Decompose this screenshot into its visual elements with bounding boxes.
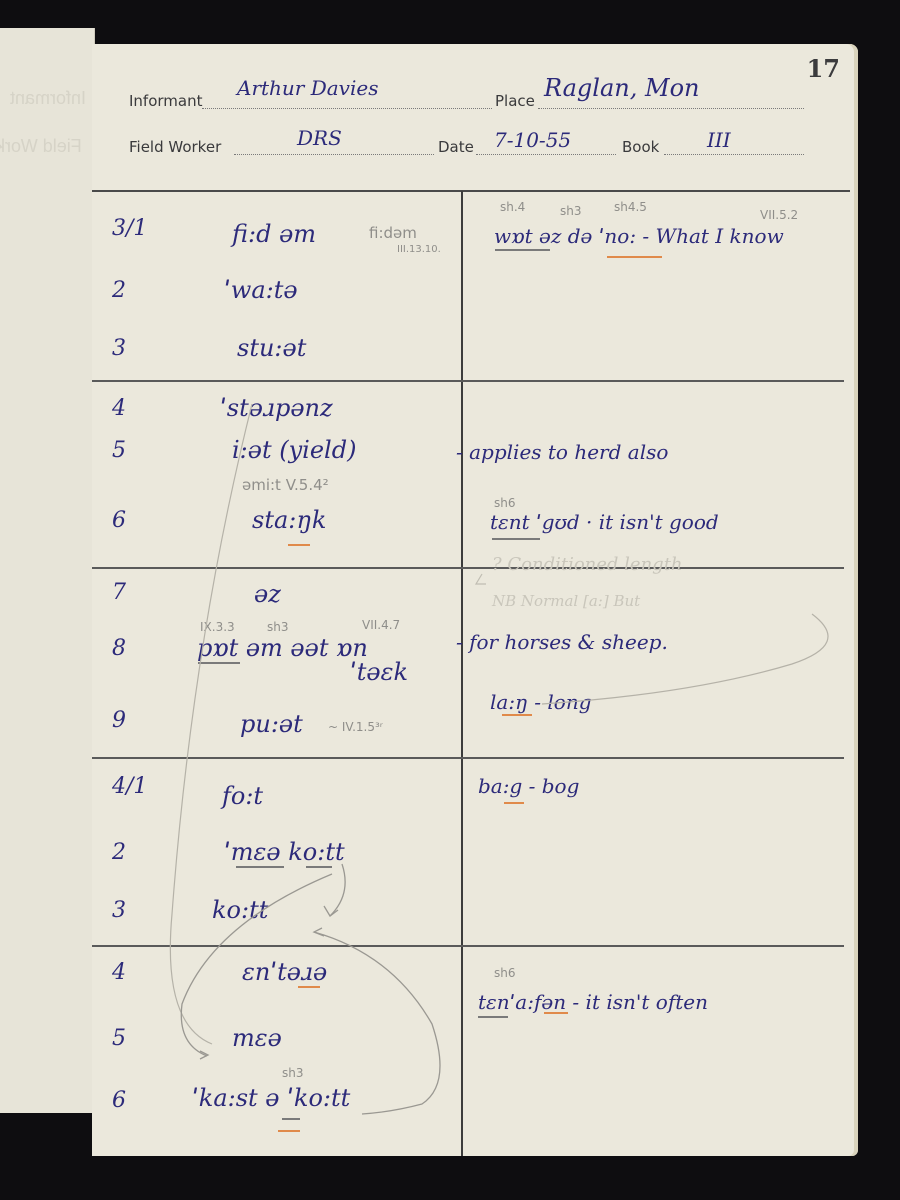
- transcription: fi:d əm: [232, 220, 316, 248]
- section-rule-2: [92, 567, 844, 569]
- date-label: Date: [438, 138, 474, 156]
- underline: [236, 866, 284, 868]
- pencil-ref: sh3: [267, 620, 289, 634]
- pencil-ref: III.13.10.: [397, 244, 441, 255]
- orange-underline: [544, 1012, 568, 1014]
- notes-line-2: la:ŋ - long: [490, 690, 592, 714]
- pencil-ref: ~ IV.1.5³ʳ: [328, 720, 383, 734]
- place-dotted-line: [538, 108, 804, 109]
- row-number: 3: [112, 336, 152, 361]
- book-dotted-line: [664, 154, 804, 155]
- pencil-ref: sh6: [494, 966, 516, 980]
- row-number: 4: [112, 960, 152, 985]
- column-divider: [461, 191, 463, 1156]
- informant-dotted-line: [202, 108, 492, 109]
- pencil-ref: IX.3.3: [200, 620, 235, 634]
- field-worker-dotted-line: [234, 154, 434, 155]
- date-dotted-line: [476, 154, 616, 155]
- transcription: ˈwa:tə: [224, 276, 298, 304]
- pencil-ref: sh.4: [500, 200, 525, 214]
- row-number: 5: [112, 438, 152, 463]
- notes-line-2: tɛnt ˈgʊd · it isn't good: [490, 510, 719, 534]
- pencil-ref: VII.5.2: [760, 208, 798, 222]
- pencil-faint-note: ? Conditioned length: [492, 554, 683, 575]
- ghost-text-field-worker: Field Worker: [0, 136, 82, 157]
- orange-underline: [298, 986, 320, 988]
- underline: [282, 1118, 300, 1120]
- row-number: 4: [112, 396, 152, 421]
- transcription: ˈmɛə ko:tt: [224, 838, 345, 866]
- place-label: Place: [495, 92, 535, 110]
- field-worker-label: Field Worker: [129, 138, 221, 156]
- transcription: əz: [254, 580, 281, 608]
- pencil-ref: sh6: [494, 496, 516, 510]
- section-rule-1: [92, 380, 844, 382]
- row-number: 4/1: [112, 774, 152, 799]
- transcription: sta:ŋk: [252, 506, 326, 534]
- date-value: 7-10-55: [494, 128, 571, 152]
- orange-underline: [502, 714, 532, 716]
- row-number: 8: [112, 636, 152, 661]
- orange-underline: [504, 802, 524, 804]
- header-rule: [92, 190, 850, 192]
- notebook-page: 17 Informant Arthur Davies Place Raglan,…: [92, 44, 858, 1156]
- left-page-edge: Informant Field Worker: [0, 28, 95, 1113]
- place-value: Raglan, Mon: [544, 74, 699, 102]
- notes-text: wɒt əz də ˈno: - What I know: [494, 224, 784, 248]
- pencil-arrows: [92, 44, 858, 1156]
- orange-underline: [288, 544, 310, 546]
- underline: [198, 662, 240, 664]
- notes-line-1: ba:g - bog: [478, 774, 579, 798]
- orange-underline: [607, 256, 662, 258]
- page-number: 17: [807, 54, 840, 83]
- section-rule-4: [92, 945, 844, 947]
- transcription: i:ət (yield): [232, 436, 356, 464]
- transcription: mɛə: [232, 1024, 282, 1052]
- transcription-line-2: ˈtəɛk: [350, 658, 408, 686]
- row-number: 5: [112, 1026, 152, 1051]
- transcription: ˈka:st ə ˈko:tt: [192, 1084, 350, 1112]
- row-number: 7: [112, 580, 152, 605]
- notes-line-1: tɛnˈa:fən - it isn't often: [478, 990, 708, 1014]
- pencil-ref: VII.4.7: [362, 618, 400, 632]
- informant-label: Informant: [129, 92, 202, 110]
- transcription: ko:tt: [212, 896, 268, 924]
- underline: [478, 1016, 508, 1018]
- transcription: ɛnˈtəɹə: [242, 958, 327, 986]
- row-number: 9: [112, 708, 152, 733]
- transcription: pu:ət: [240, 710, 303, 738]
- row-number: 2: [112, 840, 152, 865]
- pencil-ref: sh3: [560, 204, 582, 218]
- book-value: III: [707, 128, 731, 152]
- book-label: Book: [622, 138, 659, 156]
- transcription: stu:ət: [237, 334, 306, 362]
- underline: [492, 538, 540, 540]
- transcription: pɒt əm əət ɒn: [197, 634, 368, 662]
- notes-line-1: - applies to herd also: [456, 440, 668, 464]
- underline: [495, 249, 550, 251]
- underline: [306, 866, 332, 868]
- row-number: 3/1: [112, 216, 152, 241]
- orange-underline: [278, 1130, 300, 1132]
- ghost-text-informant: Informant: [10, 88, 86, 109]
- pencil-faint-note: NB Normal [a:] But: [492, 592, 640, 610]
- pencil-note: əmi:t V.5.4²: [242, 476, 329, 494]
- row-number: 6: [112, 1088, 152, 1113]
- notes-line-1: - for horses & sheep.: [456, 630, 668, 654]
- pencil-ref: sh3: [282, 1066, 304, 1080]
- transcription: ˈstəɹpənz: [220, 394, 333, 422]
- row-number: 2: [112, 278, 152, 303]
- section-rule-3: [92, 757, 844, 759]
- pencil-note: fi:dəm: [369, 224, 417, 242]
- transcription: fo:t: [222, 782, 263, 810]
- row-number: 6: [112, 508, 152, 533]
- informant-value: Arthur Davies: [237, 76, 378, 100]
- pencil-ref: sh4.5: [614, 200, 647, 214]
- field-worker-value: DRS: [297, 126, 342, 150]
- row-number: 3: [112, 898, 152, 923]
